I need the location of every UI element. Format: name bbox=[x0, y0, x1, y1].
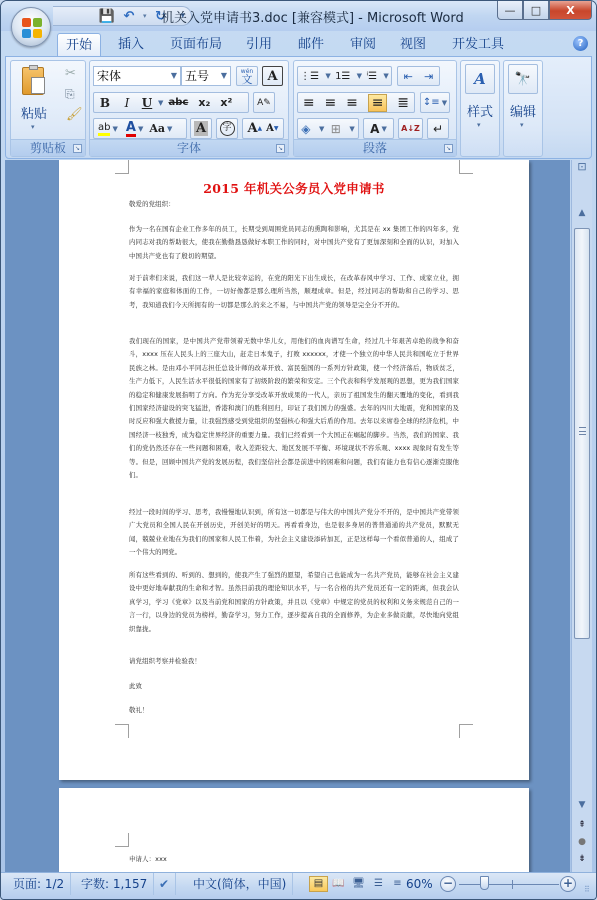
numbering-button[interactable]: 1☰ bbox=[335, 71, 350, 82]
tab-references[interactable]: 引用 bbox=[237, 33, 281, 56]
ribbon-tabs: 开始 插入 页面布局 引用 邮件 审阅 视图 开发工具 bbox=[1, 31, 596, 56]
zoom-slider-thumb[interactable] bbox=[480, 876, 489, 890]
tab-view[interactable]: 视图 bbox=[391, 33, 435, 56]
full-screen-reading-view-button[interactable]: 📖 bbox=[329, 876, 348, 892]
group-clipboard: 粘贴 ▾ ✂ ⎘ 🖌 剪贴板 ↘ bbox=[10, 60, 86, 157]
subscript-button[interactable]: x₂ bbox=[193, 96, 215, 109]
superscript-button[interactable]: x² bbox=[215, 96, 237, 109]
group-label-font: 字体 bbox=[90, 139, 288, 156]
line-spacing-button[interactable]: ↕≡▼ bbox=[420, 92, 450, 113]
group-font: 宋体▼ 五号▼ wén 文 A B I U ▼ abc x₂ x² A✎ ab … bbox=[89, 60, 289, 157]
highlight-button[interactable]: ab bbox=[98, 122, 110, 136]
zoom-level[interactable]: 60% bbox=[406, 873, 433, 895]
alignment-buttons: ≡ ≡ ≡ ≡ ≣ bbox=[297, 92, 415, 113]
word-window: 💾 ↶ ▾ ↻ ▾ 机关入党申请书3.doc [兼容模式] - Microsof… bbox=[0, 0, 597, 900]
sort-button[interactable]: A↓Z bbox=[398, 118, 423, 139]
justify-button[interactable]: ≡ bbox=[368, 94, 388, 112]
document-canvas[interactable]: 2015 年机关公务员入党申请书 敬爱的党组织： 作为一名在国有企业工作多年的员… bbox=[5, 160, 570, 872]
next-page-button[interactable]: ⇟ bbox=[574, 854, 590, 868]
italic-button[interactable]: I bbox=[116, 96, 138, 110]
group-paragraph: ⋮☰▼ 1☰▼ ⁱ☰▼ ⇤ ⇥ ≡ ≡ ≡ ≡ ≣ ↕≡▼ ◈▼ ⊞▼ A▼ A… bbox=[293, 60, 457, 157]
shading-dropdown-icon[interactable]: ▼ bbox=[319, 125, 324, 133]
crop-mark bbox=[115, 833, 129, 847]
paste-dropdown-icon: ▾ bbox=[31, 123, 35, 131]
scroll-up-button[interactable]: ▲ bbox=[574, 208, 590, 222]
character-border-button[interactable]: A bbox=[262, 66, 283, 86]
editing-button[interactable]: 🔭 编辑 ▾ bbox=[503, 60, 543, 157]
clipboard-launcher-icon[interactable]: ↘ bbox=[73, 144, 82, 153]
bullets-button[interactable]: ⋮☰ bbox=[300, 71, 319, 82]
font-color-strip: ab ▼ A ▼ Aa ▼ bbox=[93, 118, 187, 139]
office-button[interactable] bbox=[11, 7, 51, 47]
font-size-grow-shrink: A▲ A▼ bbox=[242, 118, 284, 139]
styles-icon: A bbox=[465, 64, 495, 94]
previous-page-button[interactable]: ⇞ bbox=[574, 820, 590, 834]
resize-grip-icon[interactable]: ⠿ bbox=[584, 885, 590, 894]
crop-mark bbox=[459, 724, 473, 738]
window-title: 机关入党申请书3.doc [兼容模式] - Microsoft Word bbox=[161, 7, 464, 26]
change-case-dropdown-icon[interactable]: ▼ bbox=[167, 125, 172, 133]
list-buttons: ⋮☰▼ 1☰▼ ⁱ☰▼ bbox=[297, 66, 392, 86]
font-name-combo[interactable]: 宋体▼ bbox=[93, 66, 181, 86]
minimize-button[interactable]: — bbox=[497, 1, 523, 20]
font-name-value: 宋体 bbox=[97, 69, 121, 83]
print-layout-view-button[interactable]: ▤ bbox=[309, 876, 328, 892]
tab-review[interactable]: 审阅 bbox=[341, 33, 385, 56]
distributed-button[interactable]: ≣ bbox=[397, 95, 409, 111]
enclose-characters-icon: 字 bbox=[220, 121, 235, 136]
signature-line: 申请人：xxx bbox=[129, 853, 459, 866]
line-spacing-icon: ↕≡ bbox=[423, 97, 440, 108]
chevron-down-icon: ▼ bbox=[171, 67, 177, 85]
font-size-combo[interactable]: 五号▼ bbox=[181, 66, 231, 86]
align-left-button[interactable]: ≡ bbox=[303, 95, 315, 111]
center-button[interactable]: ≡ bbox=[325, 95, 337, 111]
paragraph-5: 所有这些看到的、听到的、想到的，使我产生了强烈的愿望，希望自己也能成为一名共产党… bbox=[129, 569, 459, 651]
tab-developer[interactable]: 开发工具 bbox=[445, 33, 511, 56]
zoom-out-button[interactable]: − bbox=[440, 876, 456, 892]
multilevel-list-button[interactable]: ⁱ☰ bbox=[366, 71, 377, 82]
minimize-icon: — bbox=[505, 4, 516, 17]
shrink-font-button[interactable]: A bbox=[266, 123, 274, 134]
paste-label: 粘贴 bbox=[15, 103, 53, 122]
enclose-characters-button[interactable]: 字 bbox=[216, 118, 238, 139]
font-color-button[interactable]: A bbox=[126, 121, 136, 137]
binoculars-icon: 🔭 bbox=[508, 64, 538, 94]
character-border-icon: A bbox=[267, 69, 277, 84]
undo-icon[interactable]: ↶ bbox=[121, 8, 137, 24]
help-button[interactable]: ? bbox=[573, 36, 588, 51]
crop-mark bbox=[115, 724, 129, 738]
highlight-dropdown-icon[interactable]: ▼ bbox=[112, 125, 117, 133]
font-launcher-icon[interactable]: ↘ bbox=[276, 144, 285, 153]
maximize-icon: □ bbox=[531, 4, 541, 17]
eraser-icon: A✎ bbox=[257, 98, 271, 108]
character-shading-icon: A bbox=[194, 121, 208, 136]
shading-button[interactable]: ◈ bbox=[301, 122, 310, 136]
chinese-layout-button[interactable]: A▼ bbox=[363, 118, 394, 139]
paragraph-4: 经过一段时间的学习、思考，我慢慢地认识到，所有这一切都是与伟大的中国共产党分不开… bbox=[129, 506, 459, 561]
copy-button[interactable]: ⎘ bbox=[65, 87, 75, 102]
window-controls: — □ X bbox=[497, 1, 592, 20]
proofing-icon[interactable]: ✔ bbox=[153, 873, 176, 895]
tab-home[interactable]: 开始 bbox=[57, 33, 101, 56]
bullets-dropdown-icon[interactable]: ▼ bbox=[325, 72, 330, 80]
status-bar: 页面: 1/2 字数: 1,157 ✔ 中文(简体，中国) ▤ 📖 🖥 ☰ ≡ … bbox=[1, 872, 597, 900]
borders-button[interactable]: ⊞ bbox=[331, 122, 341, 136]
group-label-paragraph: 段落 bbox=[294, 139, 456, 156]
word-count[interactable]: 字数: 1,157 bbox=[75, 873, 154, 895]
editing-label: 编辑 bbox=[504, 101, 542, 120]
request-line: 请党组织考察并检验我！ bbox=[129, 655, 459, 668]
page-2[interactable]: 申请人：xxx bbox=[59, 788, 529, 872]
chinese-layout-icon: A bbox=[370, 122, 379, 136]
office-logo-icon bbox=[22, 18, 42, 38]
closing-line: 此致 bbox=[129, 680, 459, 693]
indent-buttons: ⇤ ⇥ bbox=[397, 66, 440, 86]
maximize-button[interactable]: □ bbox=[523, 1, 549, 20]
multilevel-dropdown-icon[interactable]: ▼ bbox=[383, 72, 388, 80]
tab-page-layout[interactable]: 页面布局 bbox=[163, 33, 229, 56]
clear-formatting-button[interactable]: A✎ bbox=[253, 92, 275, 113]
clipboard-icon bbox=[22, 67, 44, 95]
web-layout-view-button[interactable]: 🖥 bbox=[349, 876, 368, 892]
shading-borders-buttons: ◈▼ ⊞▼ bbox=[297, 118, 359, 139]
view-ruler-icon[interactable]: ⊡ bbox=[574, 160, 590, 174]
styles-dropdown-icon: ▾ bbox=[477, 121, 481, 129]
grow-font-button[interactable]: A bbox=[247, 121, 257, 136]
styles-button[interactable]: A 样式 ▾ bbox=[460, 60, 500, 157]
align-right-button[interactable]: ≡ bbox=[346, 95, 358, 111]
scrollbar-thumb[interactable] bbox=[574, 228, 590, 639]
close-icon: X bbox=[566, 4, 574, 17]
title-bar: 💾 ↶ ▾ ↻ ▾ 机关入党申请书3.doc [兼容模式] - Microsof… bbox=[1, 1, 596, 31]
close-button[interactable]: X bbox=[549, 1, 592, 20]
crop-mark bbox=[459, 160, 473, 174]
page-1[interactable]: 2015 年机关公务员入党申请书 敬爱的党组织： 作为一名在国有企业工作多年的员… bbox=[59, 160, 529, 780]
paragraph-3: 我们现在的国家，是中国共产党带领着无数中华儿女，用他们的血肉谱写生命，经过几十年… bbox=[129, 335, 459, 498]
language-indicator[interactable]: 中文(简体，中国) bbox=[187, 873, 293, 895]
paragraph-1: 作为一名在国有企业工作多年的员工，长期受到周围党员同志的熏陶和影响，尤其是在 x… bbox=[129, 223, 459, 264]
paragraph-mark-icon: ↵ bbox=[433, 122, 443, 136]
bold-button[interactable]: B bbox=[94, 96, 116, 110]
strikethrough-button[interactable]: abc bbox=[163, 97, 193, 108]
salute-line: 敬礼！ bbox=[129, 704, 459, 717]
numbering-dropdown-icon[interactable]: ▼ bbox=[357, 72, 362, 80]
salutation: 敬爱的党组织： bbox=[129, 198, 459, 211]
crop-mark bbox=[115, 160, 129, 174]
scroll-down-button[interactable]: ▼ bbox=[574, 800, 590, 814]
page-indicator[interactable]: 页面: 1/2 bbox=[7, 873, 71, 895]
styles-label: 样式 bbox=[461, 101, 499, 120]
save-icon[interactable]: 💾 bbox=[99, 8, 115, 24]
zoom-slider-track[interactable] bbox=[459, 884, 559, 885]
change-case-button[interactable]: Aa bbox=[149, 122, 165, 135]
font-format-strip: B I U ▼ abc x₂ x² bbox=[93, 92, 249, 113]
undo-dropdown-icon[interactable]: ▾ bbox=[143, 12, 147, 20]
borders-dropdown-icon[interactable]: ▼ bbox=[349, 125, 354, 133]
phonetic-guide-icon: 文 bbox=[242, 76, 253, 84]
sort-icon: A↓Z bbox=[401, 124, 420, 133]
paste-button[interactable]: 粘贴 ▾ bbox=[15, 65, 53, 137]
select-browse-object-button[interactable]: ● bbox=[574, 837, 590, 851]
zoom-in-button[interactable]: + bbox=[560, 876, 576, 892]
character-shading-button[interactable]: A bbox=[190, 118, 212, 139]
phonetic-guide-button[interactable]: wén 文 bbox=[236, 66, 258, 86]
editing-dropdown-icon: ▾ bbox=[520, 121, 524, 129]
grip-icon bbox=[579, 427, 586, 435]
outline-view-button[interactable]: ☰ bbox=[369, 876, 388, 892]
decrease-indent-button[interactable]: ⇤ bbox=[404, 70, 413, 83]
font-size-value: 五号 bbox=[185, 69, 209, 83]
paragraph-launcher-icon[interactable]: ↘ bbox=[444, 144, 453, 153]
tab-mailings[interactable]: 邮件 bbox=[289, 33, 333, 56]
paragraph-2: 对于前辈们来说，我们这一辈人是比较幸运的，在党的阳光下出生成长，在改革春风中学习… bbox=[129, 272, 459, 327]
font-color-dropdown-icon[interactable]: ▼ bbox=[138, 125, 143, 133]
vertical-scrollbar[interactable]: ⊡ ▲ ▼ ⇞ ● ⇟ bbox=[571, 160, 592, 872]
ribbon-home: 粘贴 ▾ ✂ ⎘ 🖌 剪贴板 ↘ 宋体▼ 五号▼ wén 文 A B I U ▼… bbox=[5, 56, 592, 159]
underline-button[interactable]: U bbox=[138, 96, 156, 110]
chevron-down-icon: ▼ bbox=[221, 67, 227, 85]
zoom-100-tick bbox=[512, 880, 513, 889]
cut-button[interactable]: ✂ bbox=[65, 66, 76, 81]
format-painter-button[interactable]: 🖌 bbox=[66, 107, 83, 122]
tab-insert[interactable]: 插入 bbox=[109, 33, 153, 56]
draft-view-button[interactable]: ≡ bbox=[388, 876, 407, 892]
document-title: 2015 年机关公务员入党申请书 bbox=[59, 179, 529, 197]
show-hide-marks-button[interactable]: ↵ bbox=[427, 118, 449, 139]
increase-indent-button[interactable]: ⇥ bbox=[424, 70, 433, 83]
